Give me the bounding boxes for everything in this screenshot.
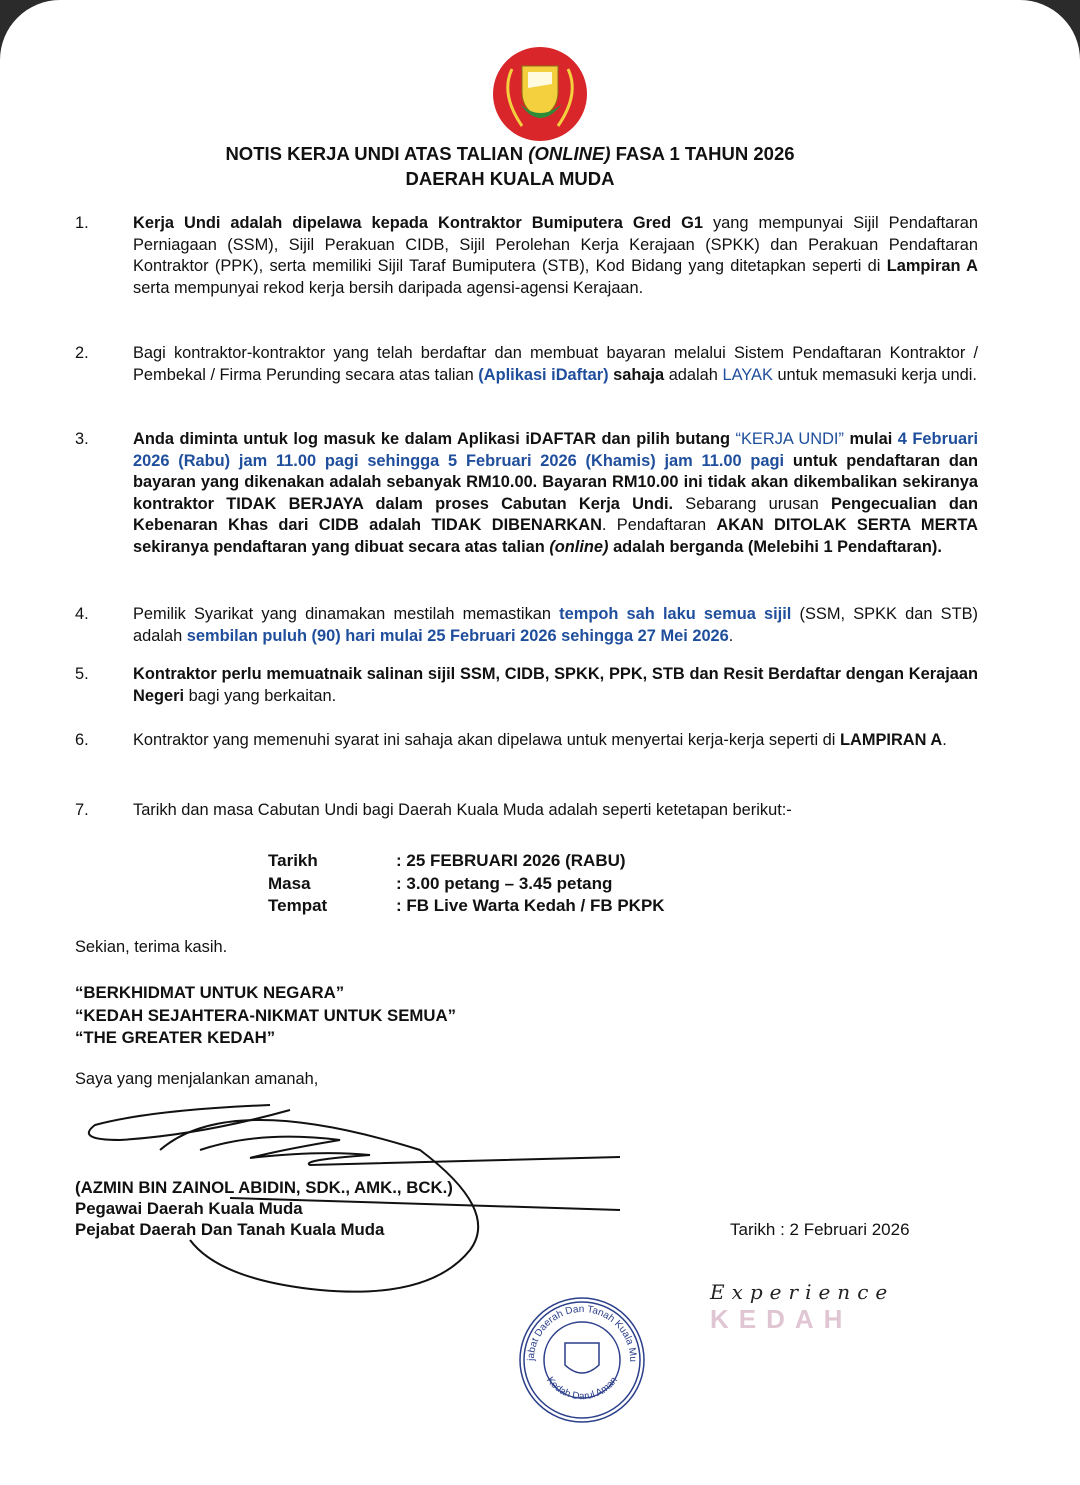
experience-kedah-logo: Experience KEDAH bbox=[710, 1280, 960, 1340]
schedule-label: Tarikh bbox=[268, 850, 396, 873]
motto-line: “THE GREATER KEDAH” bbox=[75, 1027, 456, 1050]
notice-date: Tarikh : 2 Februari 2026 bbox=[730, 1220, 910, 1240]
motto-line: “BERKHIDMAT UNTUK NEGARA” bbox=[75, 982, 456, 1005]
closing-text: Sekian, terima kasih. bbox=[75, 938, 227, 957]
trust-line: Saya yang menjalankan amanah, bbox=[75, 1070, 318, 1089]
mottos: “BERKHIDMAT UNTUK NEGARA” “KEDAH SEJAHTE… bbox=[75, 982, 456, 1050]
schedule-value: : FB Live Warta Kedah / FB PKPK bbox=[396, 895, 665, 918]
signatory-block: (AZMIN BIN ZAINOL ABIDIN, SDK., AMK., BC… bbox=[75, 1177, 453, 1240]
motto-line: “KEDAH SEJAHTERA-NIKMAT UNTUK SEMUA” bbox=[75, 1005, 456, 1028]
svg-text:Kedah Darul Aman: Kedah Darul Aman bbox=[544, 1375, 620, 1402]
office-stamp-icon: Pejabat Daerah Dan Tanah Kuala Muda Keda… bbox=[517, 1295, 647, 1425]
notice-page: NOTIS KERJA UNDI ATAS TALIAN (ONLINE) FA… bbox=[0, 0, 1080, 1485]
schedule-label: Tempat bbox=[268, 895, 396, 918]
schedule-value: : 25 FEBRUARI 2026 (RABU) bbox=[396, 850, 626, 873]
signatory-name: (AZMIN BIN ZAINOL ABIDIN, SDK., AMK., BC… bbox=[75, 1177, 453, 1198]
signatory-office: Pejabat Daerah Dan Tanah Kuala Muda bbox=[75, 1219, 453, 1240]
draw-schedule: Tarikh: 25 FEBRUARI 2026 (RABU) Masa: 3.… bbox=[268, 850, 665, 918]
signatory-position: Pegawai Daerah Kuala Muda bbox=[75, 1198, 453, 1219]
notice-title: NOTIS KERJA UNDI ATAS TALIAN (ONLINE) FA… bbox=[0, 143, 1020, 165]
kedah-crest-icon bbox=[482, 44, 598, 144]
schedule-label: Masa bbox=[268, 873, 396, 896]
schedule-value: : 3.00 petang – 3.45 petang bbox=[396, 873, 612, 896]
notice-subtitle: DAERAH KUALA MUDA bbox=[0, 168, 1020, 190]
